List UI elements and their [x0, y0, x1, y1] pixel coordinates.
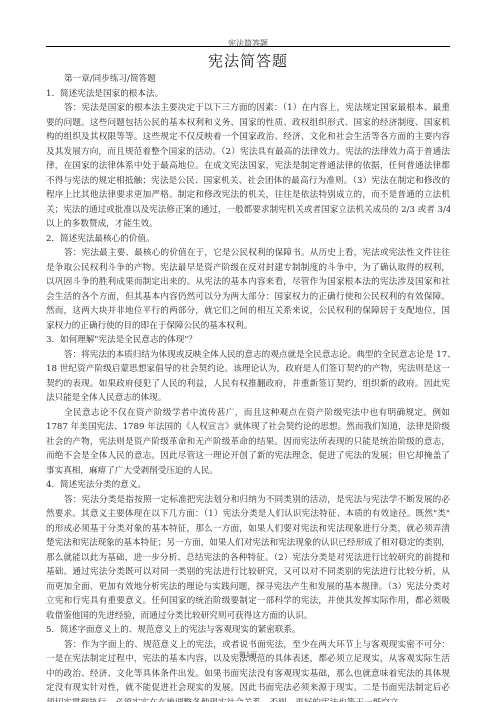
- answer-line: 那么就能以此为基础，进一步分析、总结宪法的各种特征。（2）宪法分类是对宪法进行比…: [46, 551, 450, 566]
- answer-line: 事实真相，麻痹了广大受剥削受压迫的人民。: [46, 464, 450, 479]
- page-number: 第1页: [0, 650, 496, 660]
- answer-line: 而绝不会是全体人民的意志。因此尽管这一理论开创了新的宪法理念，促进了宪法的发展；…: [46, 449, 450, 464]
- answer-line: 程序上比其他法律要求更加严格。制定和修改宪法的机关，往往是依法特别成立的，而不是…: [46, 188, 450, 203]
- answer-line: 定没有现实针对性，就不能促进社会现实的发展。因此书面宪法必须来源于现实。二是书面…: [46, 681, 450, 696]
- answer-line: 及其发展方向，而且规范着整个国家的活动。（2）宪法具有最高的法律效力。宪法的法律…: [46, 145, 450, 160]
- answer-line: 不得与宪法的规定相抵触；宪法是公民、国家机关、社会团体的最高行为准则。（3）宪法…: [46, 174, 450, 189]
- answer-line: 全民意志论不仅在资产阶级学者中流传甚广，而且这种观点在资产阶级宪法中也有明确规定…: [46, 406, 450, 421]
- document-title: 宪法简答题: [0, 50, 496, 71]
- header-divider: [46, 46, 450, 47]
- answer-line: 要的问题。这些问题包括公民的基本权利和义务、国家的性质、政权组织形式、国家的经济…: [46, 116, 450, 131]
- answer-line: 楚宪法和宪法现象的基本特征；另一方面，如果人们对宪法和宪法现象的认识已经形成了相…: [46, 536, 450, 551]
- answer-line: 立宪和行宪具有重要意义。任何国家的统治阶级要制定一部科学的宪法，并使其发挥实际作…: [46, 594, 450, 609]
- answer-line: 收借鉴他国的先进经验，而通过分类比较研究则可获得这方面的认识。: [46, 609, 450, 624]
- answer-line: 中的政治、经济、文化等具体条件出发。如果书面宪法没有客观现实基础，那么也就意味着…: [46, 667, 450, 682]
- answer-line: 18 世纪资产阶级启蒙思想家倡导的社会契约论。该理论认为，政府是人们签订契约的产…: [46, 362, 450, 377]
- answer-line: 基础。通过宪法分类既可以对同一类别的宪法进行比较研究，又可以对不同类别的宪法进行…: [46, 565, 450, 580]
- question-4: 4．简述宪法分类的意义。: [46, 478, 450, 493]
- answer-line: 的形成必须基于分类对象的基本特征，那么一方面，如果人们要对宪法和宪法现象进行分类…: [46, 522, 450, 537]
- answer-line: 关；宪法的通过或批准以及宪法修正案的通过，一般都要求制宪机关或者国家立法机关成员…: [46, 203, 450, 218]
- question-2: 2．简述宪法最核心的价值。: [46, 232, 450, 247]
- answer-line: 答：宪法最主要、最核心的价值在于，它是公民权利的保障书。从历史上看，宪法或宪法性…: [46, 246, 450, 261]
- answer-line: 以巩固斗争的胜利成果而制定出来的。从宪法的基本内容来看，尽管作为国家根本法的宪法…: [46, 275, 450, 290]
- answer-line: 须切实贯彻执行，必须实实在在地调整各种现实社会关系，否则，再好的宪法也等于一纸空…: [46, 696, 450, 702]
- answer-line: 答：宪法是国家的根本法主要决定于以下三方面的因素：（1）在内容上，宪法规定国家最…: [46, 101, 450, 116]
- question-3: 3．如何理解"宪法是全民意志的体现"？: [46, 333, 450, 348]
- answer-line: 会生活的各个方面，但其基本内容仍然可以分为两大部分：国家权力的正确行使和公民权利…: [46, 290, 450, 305]
- answer-line: 律，在国家的法律体系中处于最高地位。在成文宪法国家，宪法是制定普通法律的依据，任…: [46, 159, 450, 174]
- document-body: 第一章/同步练习/简答题 1．简述宪法是国家的根本法。 答：宪法是国家的根本法主…: [46, 72, 450, 702]
- answer-line: 构的组织及其权限等等。这些规定不仅反映着一个国家政治、经济、文化和社会生活等各方…: [46, 130, 450, 145]
- answer-line: 是争取公民权利斗争的产物。宪法最早是资产阶级在反对封建专制制度的斗争中，为了确认…: [46, 261, 450, 276]
- answer-line: 答：将宪法的本质归结为体现或反映全体人民的意志的观点就是全民意志论。典型的全民意…: [46, 348, 450, 363]
- question-5: 5．简述字面意义上的、规范意义上的宪法与客观现实的紧密联系。: [46, 623, 450, 638]
- section-heading: 第一章/同步练习/简答题: [46, 72, 450, 87]
- answer-line: 1787 年美国宪法、1789 年法国的《人权宣言》就体现了社会契约论的思想。然…: [46, 420, 450, 435]
- answer-line: 答：宪法分类是指按照一定标准把宪法划分和归纳为不同类别的活动，是宪法与宪法学不断…: [46, 493, 450, 508]
- answer-line: 以上的多数赞成，才能生效。: [46, 217, 450, 232]
- answer-line: 法只能是全体人民意志的体现。: [46, 391, 450, 406]
- answer-line: 家权力的正确行使的目的即在于保障公民的基本权利。: [46, 319, 450, 334]
- answer-line: 然而，这两大块并非地位平行的两部分，就它们之间的相互关系来说，公民权利的保障居于…: [46, 304, 450, 319]
- question-1: 1．简述宪法是国家的根本法。: [46, 87, 450, 102]
- answer-line: 契约的表现。如果政府侵犯了人民的利益，人民有权推翻政府，并重新签订契约，组织新的…: [46, 377, 450, 392]
- page-header-title: 宪法简答题: [0, 38, 496, 49]
- answer-line: 而更加全面、更加有效地分析宪法的理论与实践问题，探寻宪法产生和发展的基本规律。（…: [46, 580, 450, 595]
- answer-line: 然要求。其意义主要体现在以下几方面：（1）宪法分类是人们认识宪法特征、本质的有效…: [46, 507, 450, 522]
- answer-line: 社会的产物，宪法则是资产阶级革命和无产阶级革命的结果。因而宪法所表现的只能是统治…: [46, 435, 450, 450]
